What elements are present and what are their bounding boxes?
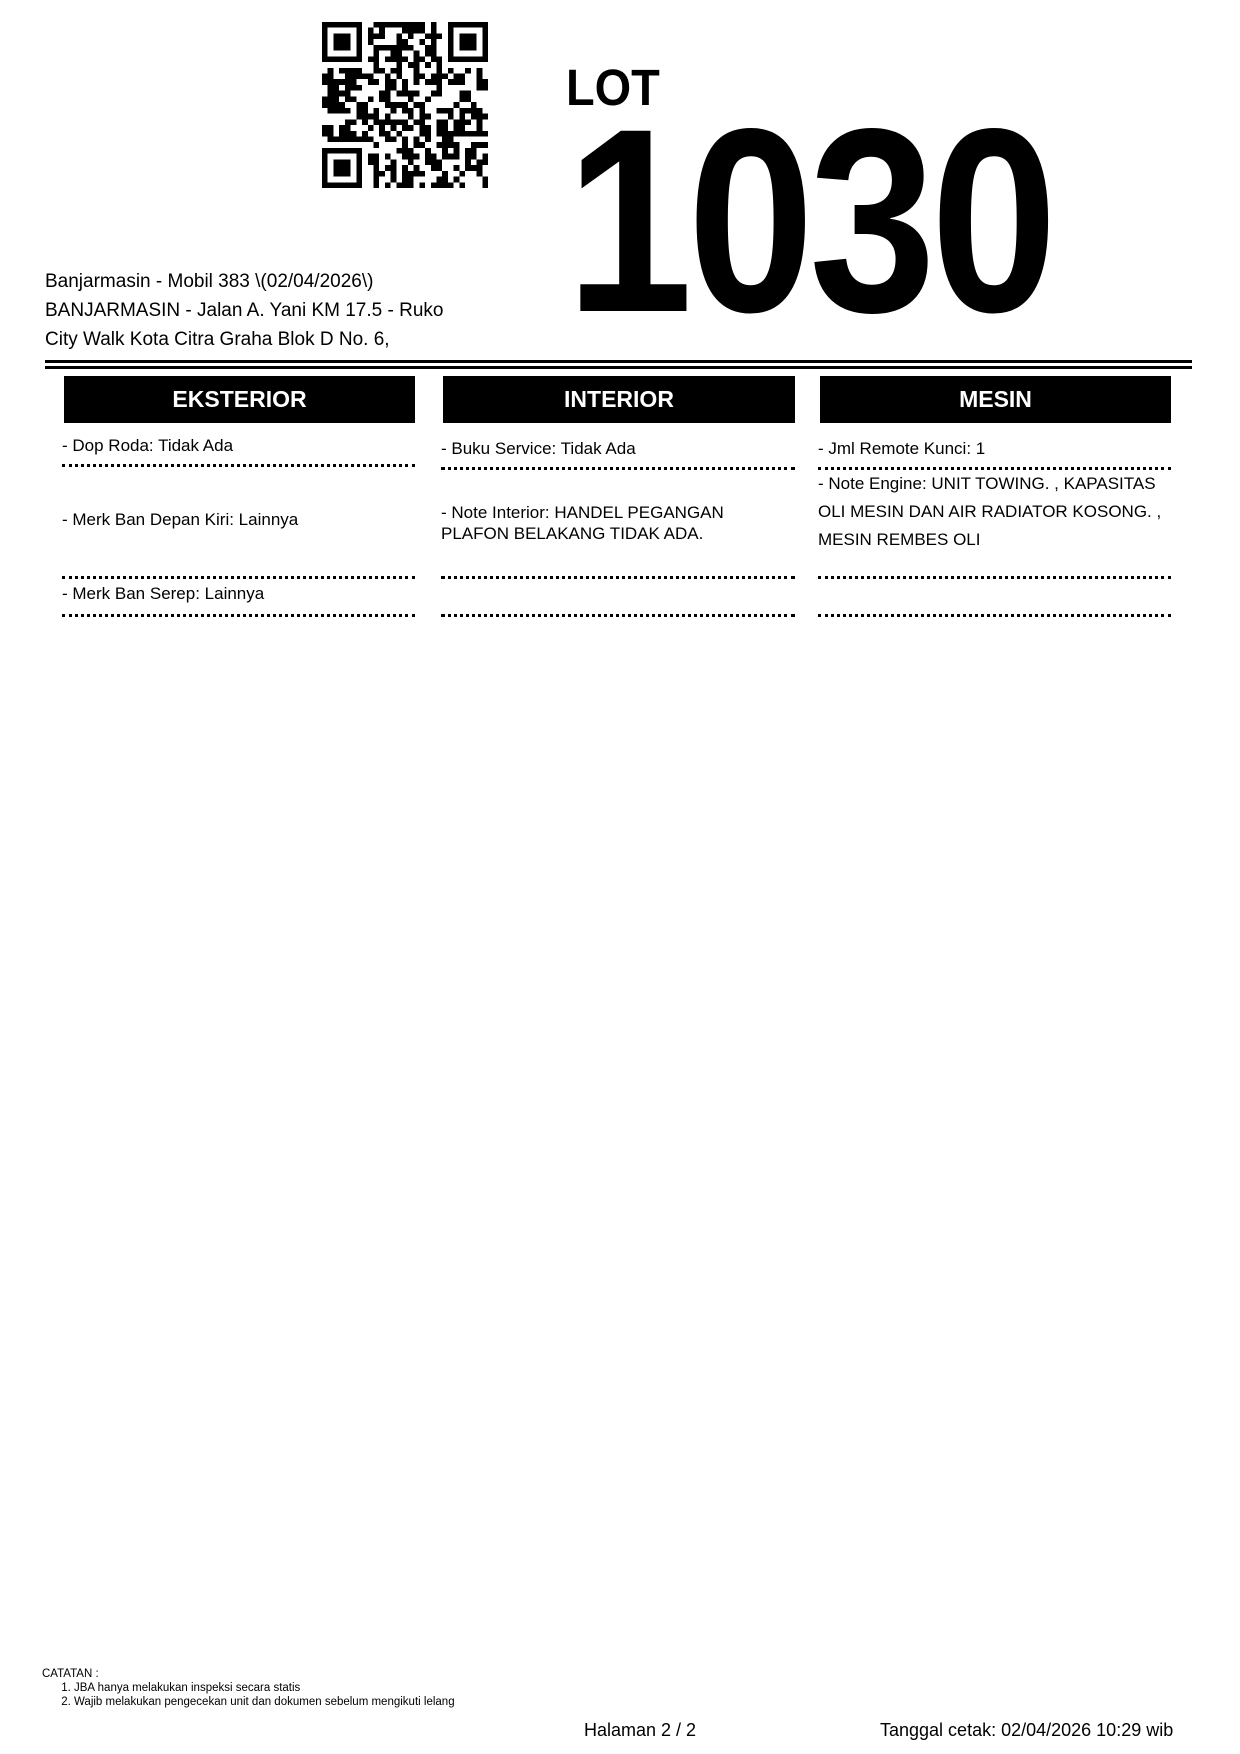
column-mesin: MESIN - Jml Remote Kunci: 1 - Note Engin… (820, 376, 1171, 423)
row-divider (62, 614, 415, 617)
qr-code-icon (322, 22, 488, 188)
column-header-eksterior: EKSTERIOR (64, 376, 415, 423)
column-interior: INTERIOR - Buku Service: Tidak Ada - Not… (443, 376, 795, 423)
list-item: - Merk Ban Depan Kiri: Lainnya (62, 510, 415, 530)
page-number: Halaman 2 / 2 (584, 1720, 696, 1741)
row-divider (62, 464, 415, 467)
row-divider (441, 576, 795, 579)
row-divider (62, 576, 415, 579)
list-item: - Jml Remote Kunci: 1 (818, 439, 1171, 459)
row-divider (818, 614, 1171, 617)
column-header-interior: INTERIOR (443, 376, 795, 423)
event-address-line-1: BANJARMASIN - Jalan A. Yani KM 17.5 - Ru… (45, 296, 515, 325)
event-info: Banjarmasin - Mobil 383 \(02/04/2026\) B… (45, 267, 515, 354)
event-title: Banjarmasin - Mobil 383 \(02/04/2026\) (45, 267, 515, 296)
list-item: - Merk Ban Serep: Lainnya (62, 584, 415, 604)
column-header-mesin: MESIN (820, 376, 1171, 423)
list-item: - Dop Roda: Tidak Ada (62, 436, 415, 456)
list-item: - Note Engine: UNIT TOWING. , KAPASITAS … (818, 470, 1171, 554)
lot-number: 1030 (566, 90, 1052, 352)
note-item: JBA hanya melakukan inspeksi secara stat… (74, 1681, 455, 1695)
notes-title: CATATAN : (42, 1667, 455, 1681)
note-item: Wajib melakukan pengecekan unit dan doku… (74, 1695, 455, 1709)
footer-notes: CATATAN : JBA hanya melakukan inspeksi s… (42, 1667, 455, 1709)
column-eksterior: EKSTERIOR - Dop Roda: Tidak Ada - Merk B… (64, 376, 415, 423)
event-address-line-2: City Walk Kota Citra Graha Blok D No. 6, (45, 325, 515, 354)
list-item: - Note Interior: HANDEL PEGANGAN PLAFON … (441, 502, 795, 544)
row-divider (818, 576, 1171, 579)
list-item: - Buku Service: Tidak Ada (441, 439, 795, 459)
row-divider (441, 614, 795, 617)
print-date: Tanggal cetak: 02/04/2026 10:29 wib (880, 1720, 1173, 1741)
row-divider (441, 467, 795, 470)
header-divider (45, 360, 1192, 370)
